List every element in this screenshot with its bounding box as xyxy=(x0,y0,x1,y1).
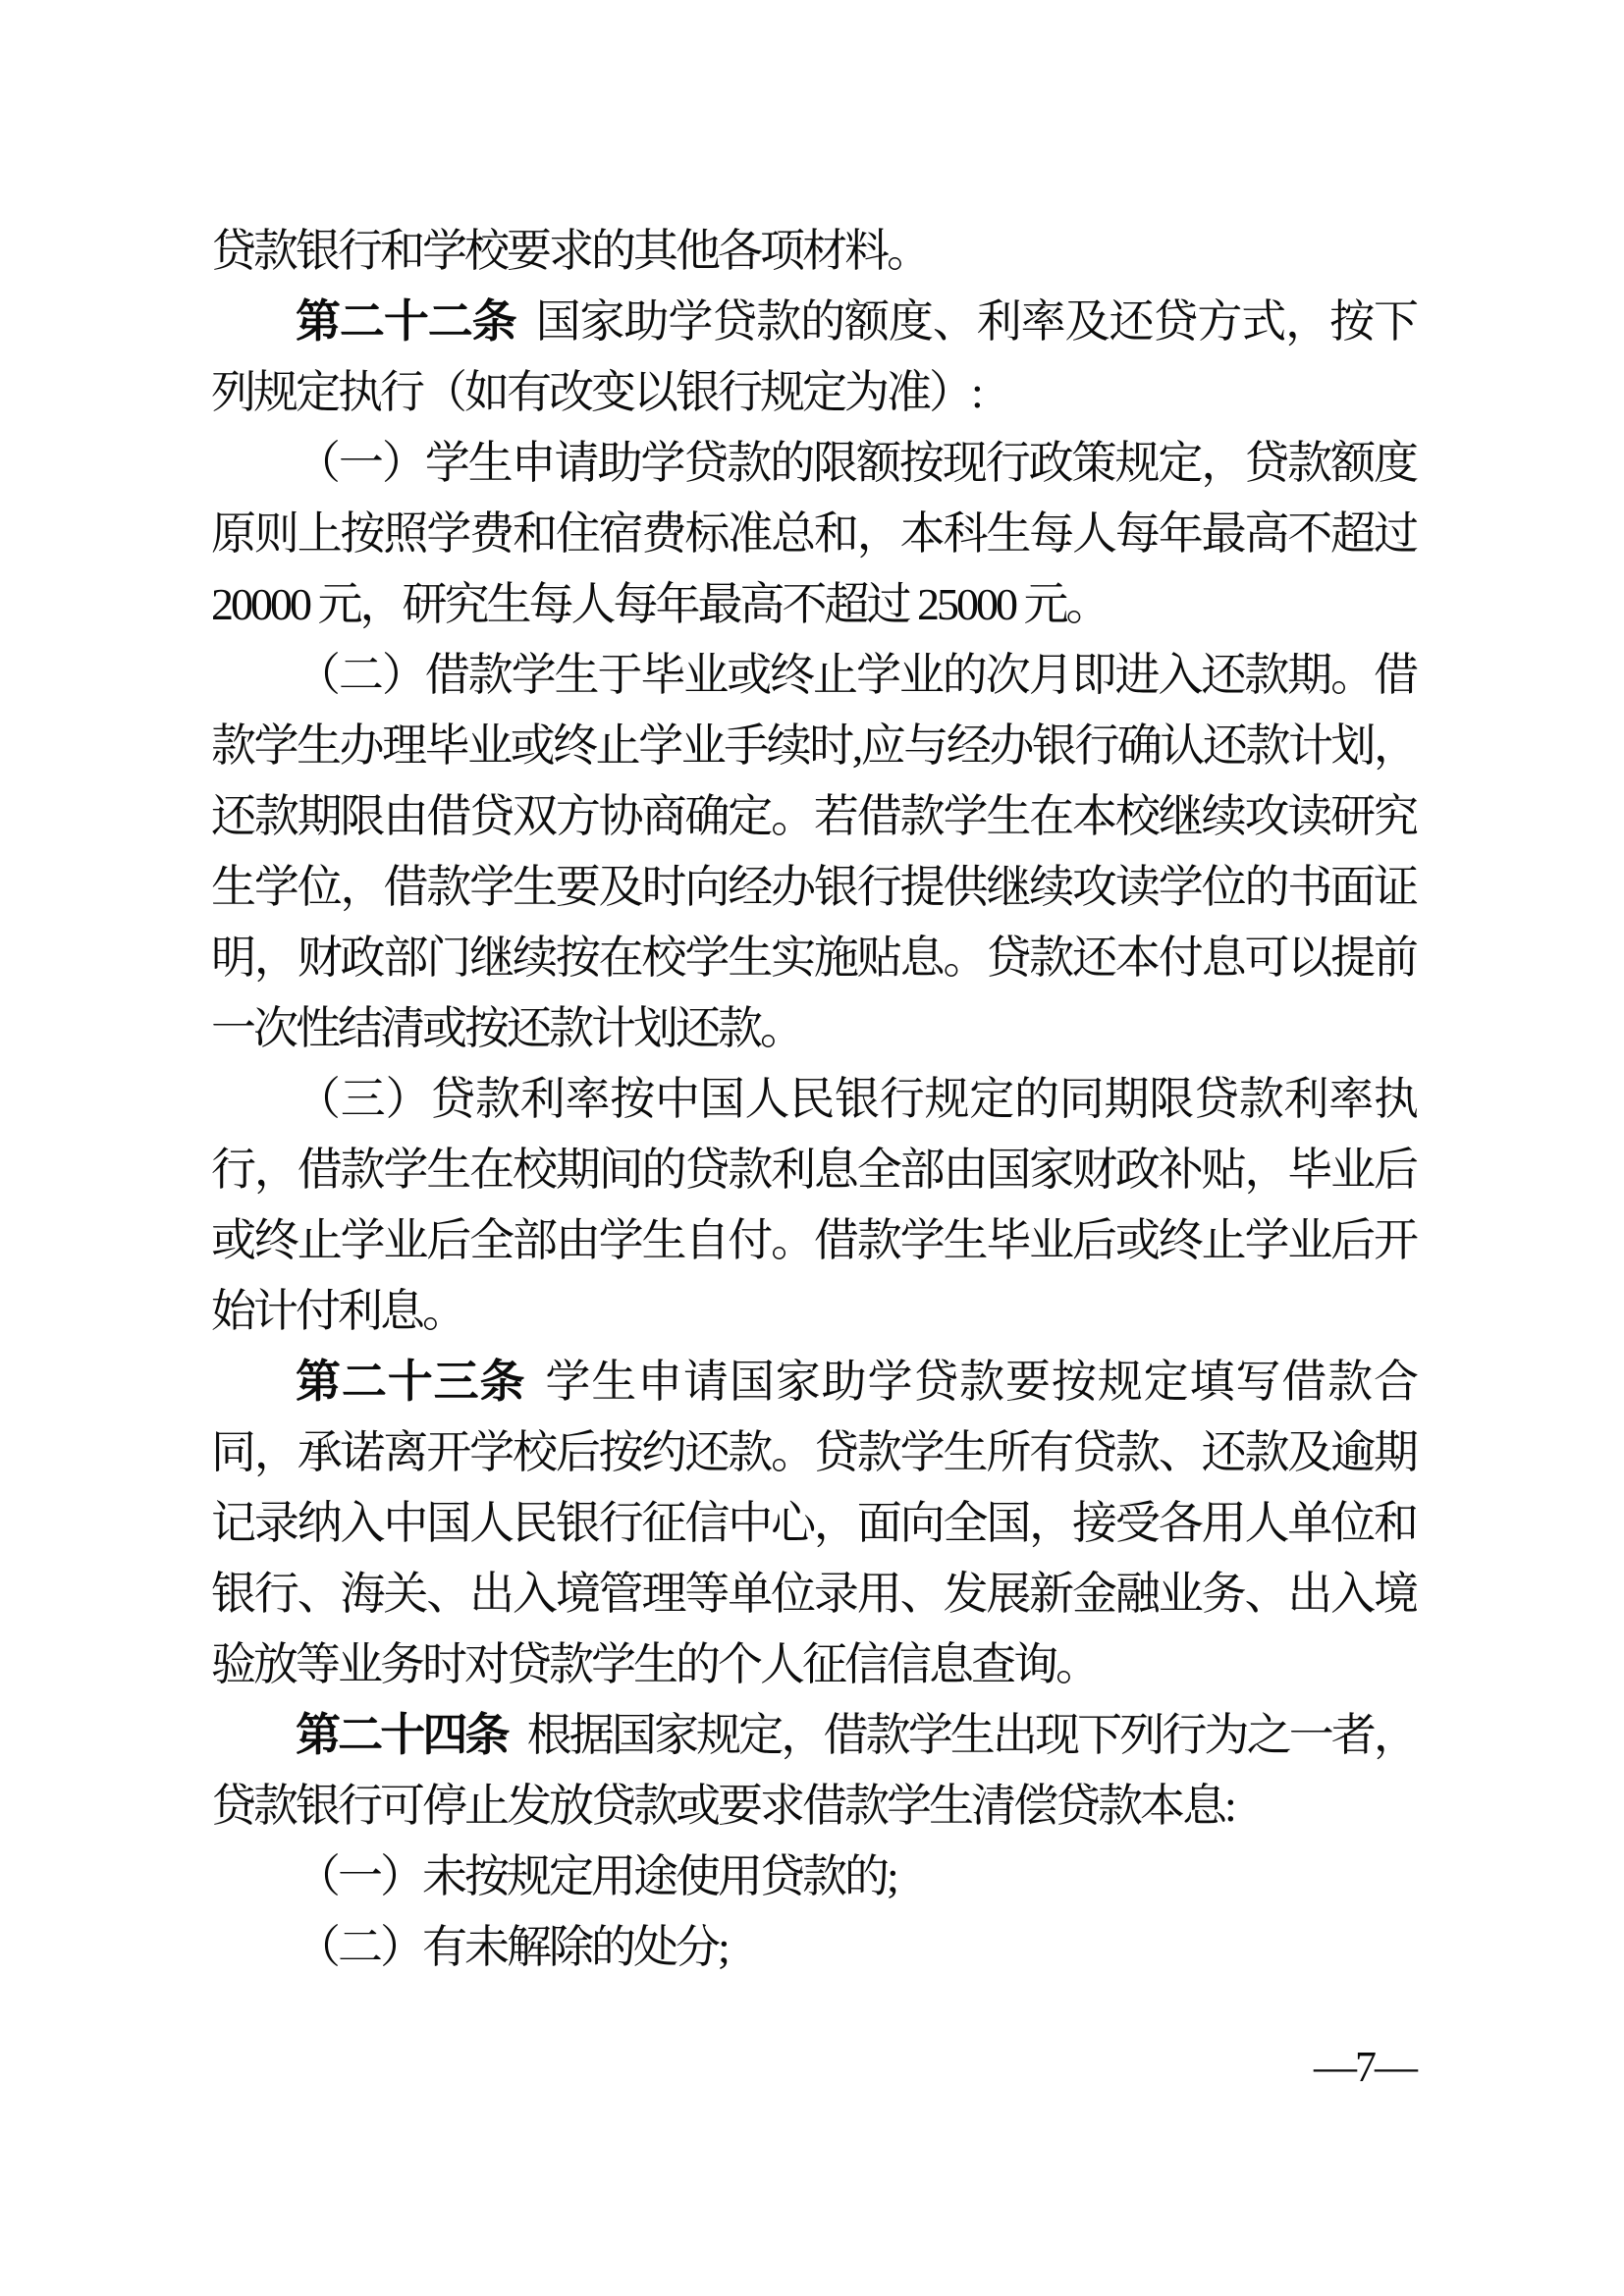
text-line: 20000 元，研究生每人每年最高不超过 25000 元。 xyxy=(211,569,1416,640)
line-text: 款学生办理毕业或终止学业手续时,应与经办银行确认还款计划， xyxy=(211,721,1416,771)
text-line: 生学位，借款学生要及时向经办银行提供继续攻读学位的书面证 xyxy=(211,852,1416,923)
line-text: 20000 元，研究生每人每年最高不超过 25000 元。 xyxy=(211,579,1109,629)
line-text: 原则上按照学费和住宿费标准总和，本科生每人每年最高不超过 xyxy=(211,508,1416,559)
text-line: 款学生办理毕业或终止学业手续时,应与经办银行确认还款计划， xyxy=(211,711,1416,781)
document-body: 贷款银行和学校要求的其他各项材料。第二十二条国家助学贷款的额度、利率及还贷方式，… xyxy=(211,216,1416,1983)
text-line: 始计付利息。 xyxy=(211,1276,1416,1347)
line-text: 学生申请国家助学贷款要按规定填写借款合 xyxy=(545,1357,1416,1407)
line-text: 贷款银行和学校要求的其他各项材料。 xyxy=(211,226,929,276)
page-number: —7— xyxy=(1306,2038,1424,2097)
text-line: 贷款银行和学校要求的其他各项材料。 xyxy=(211,216,1416,287)
text-line: （二）有未解除的处分; xyxy=(211,1912,1416,1983)
text-line: 贷款银行可停止发放贷款或要求借款学生清偿贷款本息: xyxy=(211,1771,1416,1842)
text-line: 明，财政部门继续按在校学生实施贴息。贷款还本付息可以提前 xyxy=(211,923,1416,993)
line-text: 还款期限由借贷双方协商确定。若借款学生在本校继续攻读研究 xyxy=(211,791,1416,841)
text-line: 列规定执行（如有改变以银行规定为准）: xyxy=(211,357,1416,428)
text-line: 一次性结清或按还款计划还款。 xyxy=(211,993,1416,1064)
text-line: （一）未按规定用途使用贷款的; xyxy=(211,1842,1416,1912)
line-text: 生学位，借款学生要及时向经办银行提供继续攻读学位的书面证 xyxy=(211,862,1416,912)
text-line: （三）贷款利率按中国人民银行规定的同期限贷款利率执 xyxy=(211,1064,1416,1135)
text-line: 记录纳入中国人民银行征信中心，面向全国，接受各用人单位和 xyxy=(211,1488,1416,1559)
line-text: 一次性结清或按还款计划还款。 xyxy=(211,1003,802,1053)
line-text: 贷款银行可停止发放贷款或要求借款学生清偿贷款本息: xyxy=(211,1781,1234,1831)
text-line: 还款期限由借贷双方协商确定。若借款学生在本校继续攻读研究 xyxy=(211,781,1416,852)
line-text: （三）贷款利率按中国人民银行规定的同期限贷款利率执 xyxy=(296,1074,1416,1124)
text-line: （一）学生申请助学贷款的限额按现行政策规定，贷款额度 xyxy=(211,428,1416,499)
line-text: 同，承诺离开学校后按约还款。贷款学生所有贷款、还款及逾期 xyxy=(211,1427,1416,1477)
text-line: 验放等业务时对贷款学生的个人征信信息查询。 xyxy=(211,1629,1416,1700)
line-text: 国家助学贷款的额度、利率及还贷方式，按下 xyxy=(536,296,1416,347)
line-text: （一）学生申请助学贷款的限额按现行政策规定，贷款额度 xyxy=(296,438,1416,488)
article-number: 第二十二条 xyxy=(296,296,516,347)
line-text: （二）借款学生于毕业或终止学业的次月即进入还款期。借 xyxy=(296,650,1416,700)
text-line: 第二十二条国家助学贷款的额度、利率及还贷方式，按下 xyxy=(211,287,1416,357)
article-number: 第二十三条 xyxy=(296,1357,525,1407)
text-line: 或终止学业后全部由学生自付。借款学生毕业后或终止学业后开 xyxy=(211,1205,1416,1276)
line-text: 验放等业务时对贷款学生的个人征信信息查询。 xyxy=(211,1639,1098,1689)
line-text: 根据国家规定，借款学生出现下列行为之一者， xyxy=(527,1710,1416,1760)
line-text: 或终止学业后全部由学生自付。借款学生毕业后或终止学业后开 xyxy=(211,1215,1416,1265)
line-text: 始计付利息。 xyxy=(211,1286,464,1336)
line-text: 记录纳入中国人民银行征信中心，面向全国，接受各用人单位和 xyxy=(211,1498,1416,1548)
text-line: 原则上按照学费和住宿费标准总和，本科生每人每年最高不超过 xyxy=(211,499,1416,569)
text-line: 银行、海关、出入境管理等单位录用、发展新金融业务、出入境 xyxy=(211,1559,1416,1629)
document-page: 贷款银行和学校要求的其他各项材料。第二十二条国家助学贷款的额度、利率及还贷方式，… xyxy=(0,0,1624,2296)
text-line: 第二十四条根据国家规定，借款学生出现下列行为之一者， xyxy=(211,1700,1416,1771)
text-line: （二）借款学生于毕业或终止学业的次月即进入还款期。借 xyxy=(211,640,1416,711)
text-line: 行，借款学生在校期间的贷款利息全部由国家财政补贴，毕业后 xyxy=(211,1135,1416,1205)
line-text: 明，财政部门继续按在校学生实施贴息。贷款还本付息可以提前 xyxy=(211,933,1416,983)
line-text: （二）有未解除的处分; xyxy=(296,1922,728,1972)
article-number: 第二十四条 xyxy=(296,1710,508,1760)
line-text: 银行、海关、出入境管理等单位录用、发展新金融业务、出入境 xyxy=(211,1569,1416,1619)
line-text: （一）未按规定用途使用贷款的; xyxy=(296,1851,896,1901)
line-text: 列规定执行（如有改变以银行规定为准）: xyxy=(211,367,981,417)
text-line: 第二十三条学生申请国家助学贷款要按规定填写借款合 xyxy=(211,1347,1416,1417)
text-line: 同，承诺离开学校后按约还款。贷款学生所有贷款、还款及逾期 xyxy=(211,1417,1416,1488)
line-text: 行，借款学生在校期间的贷款利息全部由国家财政补贴，毕业后 xyxy=(211,1145,1416,1195)
